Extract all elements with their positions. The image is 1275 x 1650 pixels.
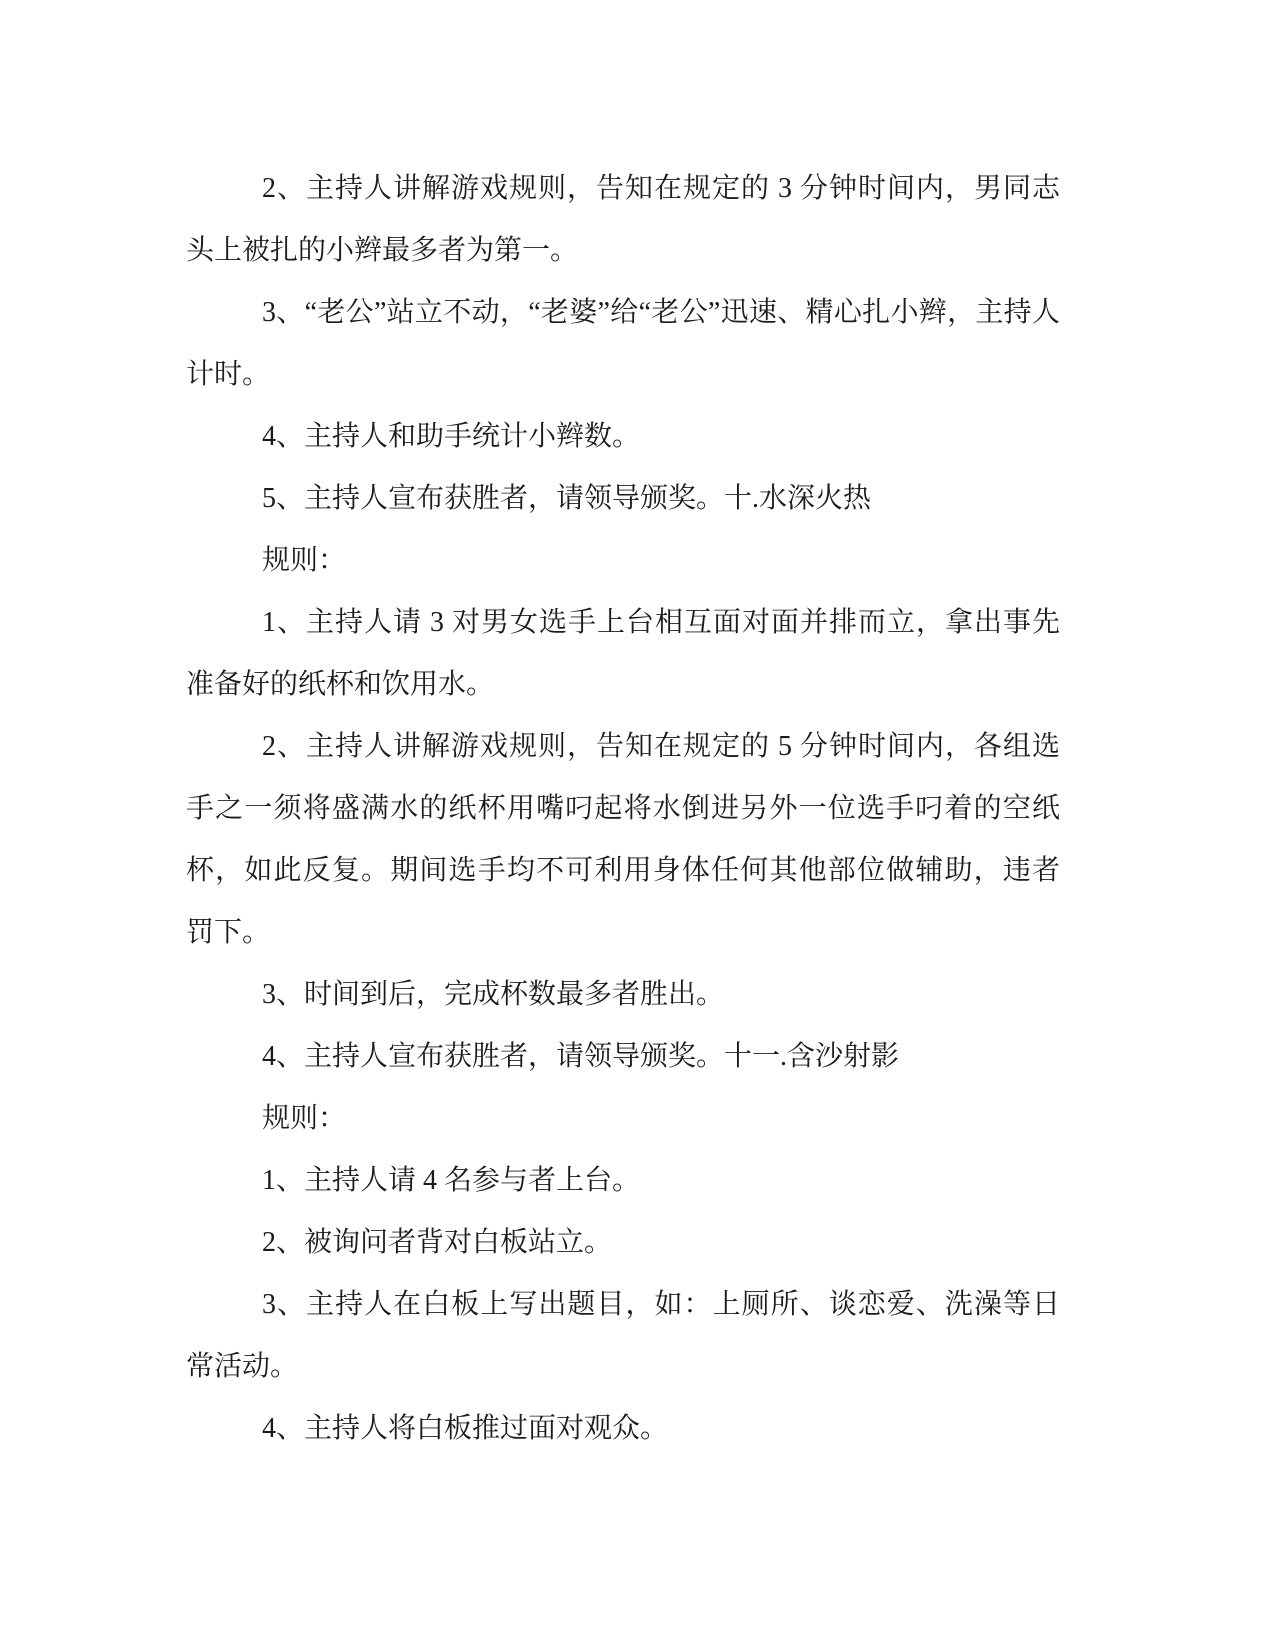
document-line: 5、主持人宣布获胜者，请领导颁奖。十.水深火热 xyxy=(186,468,1060,530)
document-line: 3、主持人在白板上写出题目，如：上厕所、谈恋爱、洗澡等日 xyxy=(186,1274,1060,1336)
document-line: 准备好的纸杯和饮用水。 xyxy=(186,654,1060,716)
document-line: 3、“老公”站立不动，“老婆”给“老公”迅速、精心扎小辫，主持人 xyxy=(186,282,1060,344)
document-line: 常活动。 xyxy=(186,1336,1060,1398)
document-line: 2、主持人讲解游戏规则，告知在规定的 5 分钟时间内，各组选 xyxy=(186,716,1060,778)
document-line: 规则： xyxy=(186,1088,1060,1150)
document-line: 1、主持人请 4 名参与者上台。 xyxy=(186,1150,1060,1212)
document-line: 1、主持人请 3 对男女选手上台相互面对面并排而立，拿出事先 xyxy=(186,592,1060,654)
document-line: 2、主持人讲解游戏规则，告知在规定的 3 分钟时间内，男同志 xyxy=(186,158,1060,220)
document-line: 罚下。 xyxy=(186,902,1060,964)
document-line: 2、被询问者背对白板站立。 xyxy=(186,1212,1060,1274)
document-line: 4、主持人宣布获胜者，请领导颁奖。十一.含沙射影 xyxy=(186,1026,1060,1088)
document-line: 规则： xyxy=(186,530,1060,592)
document-line: 手之一须将盛满水的纸杯用嘴叼起将水倒进另外一位选手叼着的空纸 xyxy=(186,778,1060,840)
document-line: 4、主持人和助手统计小辫数。 xyxy=(186,406,1060,468)
document-page: 2、主持人讲解游戏规则，告知在规定的 3 分钟时间内，男同志 头上被扎的小辫最多… xyxy=(186,158,1060,1460)
document-line: 4、主持人将白板推过面对观众。 xyxy=(186,1398,1060,1460)
document-line: 杯，如此反复。期间选手均不可利用身体任何其他部位做辅助，违者 xyxy=(186,840,1060,902)
document-line: 计时。 xyxy=(186,344,1060,406)
document-line: 头上被扎的小辫最多者为第一。 xyxy=(186,220,1060,282)
document-line: 3、时间到后，完成杯数最多者胜出。 xyxy=(186,964,1060,1026)
